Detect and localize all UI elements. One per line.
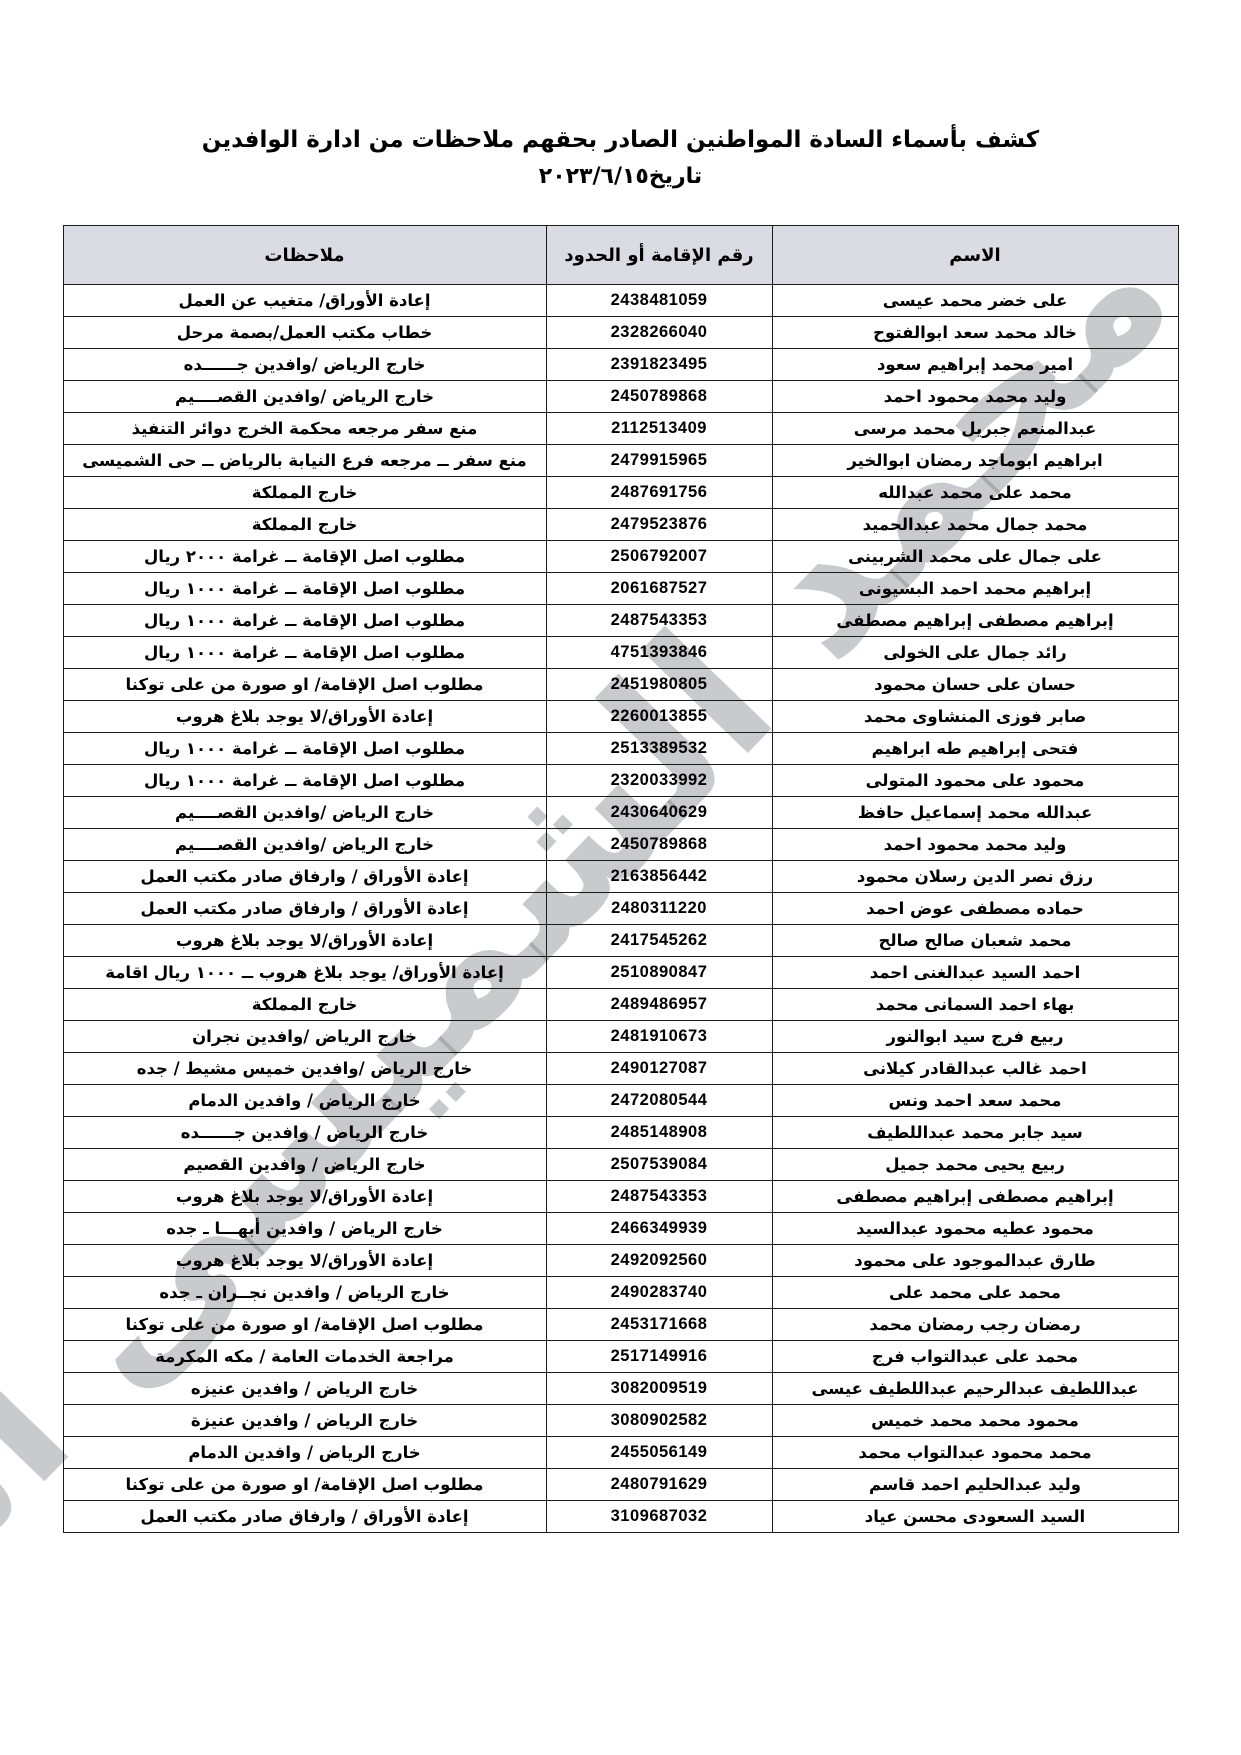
notes-cell: إعادة الأوراق / وارفاق صادر مكتب العمل [63, 1501, 546, 1533]
residence-number-cell: 2507539084 [546, 1149, 772, 1181]
name-cell: محمد على عبدالتواب فرج [772, 1341, 1178, 1373]
notes-cell: مطلوب اصل الإقامة ــ غرامة ١٠٠٠ ريال [63, 637, 546, 669]
residence-number-cell: 2513389532 [546, 733, 772, 765]
notes-cell: خارج الرياض / وافدين جــــــده [63, 1117, 546, 1149]
notes-cell: إعادة الأوراق/لا يوجد بلاغ هروب [63, 701, 546, 733]
table-row: رائد جمال على الخولى4751393846مطلوب اصل … [63, 637, 1178, 669]
notes-cell: خارج الرياض / وافدين عنيزه [63, 1373, 546, 1405]
notes-cell: خارج المملكة [63, 989, 546, 1021]
scanned-document-page: محمد الشميسى العمالى كشف بأسماء السادة ا… [0, 0, 1241, 1755]
notes-cell: مطلوب اصل الإقامة ــ غرامة ٢٠٠٠ ريال [63, 541, 546, 573]
name-cell: محمود عطيه محمود عبدالسيد [772, 1213, 1178, 1245]
notes-cell: إعادة الأوراق/لا يوجد بلاغ هروب [63, 1181, 546, 1213]
residence-number-cell: 3080902582 [546, 1405, 772, 1437]
table-row: محمود عطيه محمود عبدالسيد2466349939خارج … [63, 1213, 1178, 1245]
table-row: على جمال على محمد الشربينى2506792007مطلو… [63, 541, 1178, 573]
name-cell: عبدالله محمد إسماعيل حافظ [772, 797, 1178, 829]
table-row: وليد عبدالحليم احمد قاسم2480791629مطلوب … [63, 1469, 1178, 1501]
residence-number-cell: 2450789868 [546, 381, 772, 413]
notes-cell: خارج الرياض /وافدين جــــــده [63, 349, 546, 381]
name-cell: محمد على محمد عبدالله [772, 477, 1178, 509]
table-row: سيد جابر محمد عبداللطيف2485148908خارج ال… [63, 1117, 1178, 1149]
name-cell: إبراهيم مصطفى إبراهيم مصطفى [772, 1181, 1178, 1213]
notes-cell: منع سفر ــ مرجعه فرع النيابة بالرياض ــ … [63, 445, 546, 477]
table-row: احمد غالب عبدالقادر كيلانى2490127087خارج… [63, 1053, 1178, 1085]
residence-number-cell: 2430640629 [546, 797, 772, 829]
name-cell: إبراهيم مصطفى إبراهيم مصطفى [772, 605, 1178, 637]
table-row: إبراهيم مصطفى إبراهيم مصطفى2487543353إعا… [63, 1181, 1178, 1213]
residence-number-cell: 2481910673 [546, 1021, 772, 1053]
residence-number-cell: 3109687032 [546, 1501, 772, 1533]
table-row: محمود على محمود المتولى2320033992مطلوب ا… [63, 765, 1178, 797]
table-row: امير محمد إبراهيم سعود2391823495خارج الر… [63, 349, 1178, 381]
residence-number-cell: 2450789868 [546, 829, 772, 861]
residence-number-cell: 2328266040 [546, 317, 772, 349]
residence-number-cell: 2455056149 [546, 1437, 772, 1469]
table-row: السيد السعودى محسن عياد3109687032إعادة ا… [63, 1501, 1178, 1533]
name-cell: رمضان رجب رمضان محمد [772, 1309, 1178, 1341]
table-row: محمود محمد محمد خميس3080902582خارج الريا… [63, 1405, 1178, 1437]
name-cell: فتحى إبراهيم طه ابراهيم [772, 733, 1178, 765]
name-cell: إبراهيم محمد احمد البسيونى [772, 573, 1178, 605]
table-header-row: الاسم رقم الإقامة أو الحدود ملاحظات [63, 226, 1178, 285]
notes-cell: إعادة الأوراق / وارفاق صادر مكتب العمل [63, 893, 546, 925]
residence-number-cell: 2417545262 [546, 925, 772, 957]
residence-number-cell: 2485148908 [546, 1117, 772, 1149]
table-row: إبراهيم محمد احمد البسيونى2061687527مطلو… [63, 573, 1178, 605]
name-cell: السيد السعودى محسن عياد [772, 1501, 1178, 1533]
notes-cell: مطلوب اصل الإقامة/ او صورة من على توكنا [63, 669, 546, 701]
name-cell: سيد جابر محمد عبداللطيف [772, 1117, 1178, 1149]
name-cell: عبداللطيف عبدالرحيم عبداللطيف عيسى [772, 1373, 1178, 1405]
table-row: ربيع يحيى محمد جميل2507539084خارج الرياض… [63, 1149, 1178, 1181]
name-cell: حماده مصطفى عوض احمد [772, 893, 1178, 925]
name-cell: ربيع فرج سيد ابوالنور [772, 1021, 1178, 1053]
notes-cell: خارج المملكة [63, 509, 546, 541]
residence-number-cell: 2320033992 [546, 765, 772, 797]
table-row: عبدالمنعم جبريل محمد مرسى2112513409منع س… [63, 413, 1178, 445]
name-cell: محمد على محمد على [772, 1277, 1178, 1309]
notes-cell: خارج الرياض / وافدين الدمام [63, 1437, 546, 1469]
residence-number-cell: 2438481059 [546, 285, 772, 317]
table-row: فتحى إبراهيم طه ابراهيم2513389532مطلوب ا… [63, 733, 1178, 765]
name-cell: محمد شعبان صالح صالح [772, 925, 1178, 957]
table-row: محمد شعبان صالح صالح2417545262إعادة الأو… [63, 925, 1178, 957]
residence-number-cell: 2489486957 [546, 989, 772, 1021]
table-row: رزق نصر الدين رسلان محمود2163856442إعادة… [63, 861, 1178, 893]
table-row: خالد محمد سعد ابوالفتوح2328266040خطاب مك… [63, 317, 1178, 349]
name-cell: وليد عبدالحليم احمد قاسم [772, 1469, 1178, 1501]
notes-cell: خارج الرياض /وافدين القصــــيم [63, 381, 546, 413]
table-row: عبداللطيف عبدالرحيم عبداللطيف عيسى308200… [63, 1373, 1178, 1405]
document-date: تاريخ٢٠٢٣/٦/١٥ [70, 164, 1171, 189]
notes-cell: خارج الرياض /وافدين القصــــيم [63, 829, 546, 861]
table-body: على خضر محمد عيسى2438481059إعادة الأوراق… [63, 285, 1178, 1533]
residence-number-cell: 2112513409 [546, 413, 772, 445]
table-row: طارق عبدالموجود على محمود2492092560إعادة… [63, 1245, 1178, 1277]
notes-cell: خارج الرياض / وافدين أبهـــا ـ جده [63, 1213, 546, 1245]
notes-cell: خطاب مكتب العمل/بصمة مرحل [63, 317, 546, 349]
notes-cell: مطلوب اصل الإقامة ــ غرامة ١٠٠٠ ريال [63, 573, 546, 605]
name-cell: خالد محمد سعد ابوالفتوح [772, 317, 1178, 349]
residence-number-cell: 2466349939 [546, 1213, 772, 1245]
table-row: حماده مصطفى عوض احمد2480311220إعادة الأو… [63, 893, 1178, 925]
name-cell: على جمال على محمد الشربينى [772, 541, 1178, 573]
notes-cell: مراجعة الخدمات العامة / مكه المكرمة [63, 1341, 546, 1373]
residence-number-cell: 2453171668 [546, 1309, 772, 1341]
residence-number-cell: 2472080544 [546, 1085, 772, 1117]
notes-cell: مطلوب اصل الإقامة/ او صورة من على توكنا [63, 1469, 546, 1501]
residence-number-cell: 2490127087 [546, 1053, 772, 1085]
residence-number-cell: 2506792007 [546, 541, 772, 573]
notes-cell: خارج الرياض / وافدين نجــران ـ جده [63, 1277, 546, 1309]
name-cell: صابر فوزى المنشاوى محمد [772, 701, 1178, 733]
table-row: محمد على محمد على2490283740خارج الرياض /… [63, 1277, 1178, 1309]
table-row: حسان على حسان محمود2451980805مطلوب اصل ا… [63, 669, 1178, 701]
residence-number-cell: 2391823495 [546, 349, 772, 381]
notes-cell: خارج الرياض / وافدين الدمام [63, 1085, 546, 1117]
table-row: وليد محمد محمود احمد2450789868خارج الريا… [63, 829, 1178, 861]
name-cell: حسان على حسان محمود [772, 669, 1178, 701]
table-row: محمد على عبدالتواب فرج2517149916مراجعة ا… [63, 1341, 1178, 1373]
notes-cell: إعادة الأوراق/ متغيب عن العمل [63, 285, 546, 317]
residence-number-cell: 2487543353 [546, 605, 772, 637]
residence-number-cell: 2479915965 [546, 445, 772, 477]
name-cell: وليد محمد محمود احمد [772, 829, 1178, 861]
table-row: محمد جمال محمد عبدالحميد2479523876خارج ا… [63, 509, 1178, 541]
notes-cell: مطلوب اصل الإقامة ــ غرامة ١٠٠٠ ريال [63, 733, 546, 765]
notes-cell: إعادة الأوراق/ يوجد بلاغ هروب ــ ١٠٠٠ ري… [63, 957, 546, 989]
name-cell: عبدالمنعم جبريل محمد مرسى [772, 413, 1178, 445]
name-cell: طارق عبدالموجود على محمود [772, 1245, 1178, 1277]
table-row: عبدالله محمد إسماعيل حافظ2430640629خارج … [63, 797, 1178, 829]
notes-cell: خارج الرياض /وافدين نجران [63, 1021, 546, 1053]
name-cell: رزق نصر الدين رسلان محمود [772, 861, 1178, 893]
table-row: صابر فوزى المنشاوى محمد2260013855إعادة ا… [63, 701, 1178, 733]
name-cell: احمد غالب عبدالقادر كيلانى [772, 1053, 1178, 1085]
residence-number-cell: 2479523876 [546, 509, 772, 541]
name-cell: احمد السيد عبدالغنى احمد [772, 957, 1178, 989]
name-cell: امير محمد إبراهيم سعود [772, 349, 1178, 381]
table-row: محمد سعد احمد ونس2472080544خارج الرياض /… [63, 1085, 1178, 1117]
table-row: ربيع فرج سيد ابوالنور2481910673خارج الري… [63, 1021, 1178, 1053]
residence-number-cell: 2517149916 [546, 1341, 772, 1373]
notes-cell: إعادة الأوراق/لا يوجد بلاغ هروب [63, 925, 546, 957]
citizens-notices-table: الاسم رقم الإقامة أو الحدود ملاحظات على … [63, 225, 1179, 1533]
notes-cell: خارج الرياض /وافدين القصــــيم [63, 797, 546, 829]
name-cell: بهاء احمد السمانى محمد [772, 989, 1178, 1021]
name-cell: ابراهيم ابوماجد رمضان ابوالخير [772, 445, 1178, 477]
table-row: محمد محمود عبدالتواب محمد2455056149خارج … [63, 1437, 1178, 1469]
name-cell: محمد سعد احمد ونس [772, 1085, 1178, 1117]
table-row: ابراهيم ابوماجد رمضان ابوالخير2479915965… [63, 445, 1178, 477]
column-header-name: الاسم [772, 226, 1178, 285]
notes-cell: خارج الرياض /وافدين خميس مشيط / جده [63, 1053, 546, 1085]
residence-number-cell: 2480791629 [546, 1469, 772, 1501]
name-cell: محمد جمال محمد عبدالحميد [772, 509, 1178, 541]
residence-number-cell: 4751393846 [546, 637, 772, 669]
table-row: وليد محمد محمود احمد2450789868خارج الريا… [63, 381, 1178, 413]
notes-cell: إعادة الأوراق/لا يوجد بلاغ هروب [63, 1245, 546, 1277]
residence-number-cell: 2487691756 [546, 477, 772, 509]
name-cell: وليد محمد محمود احمد [772, 381, 1178, 413]
name-cell: على خضر محمد عيسى [772, 285, 1178, 317]
table-row: بهاء احمد السمانى محمد2489486957خارج الم… [63, 989, 1178, 1021]
name-cell: ربيع يحيى محمد جميل [772, 1149, 1178, 1181]
name-cell: محمد محمود عبدالتواب محمد [772, 1437, 1178, 1469]
notes-cell: خارج المملكة [63, 477, 546, 509]
name-cell: محمود محمد محمد خميس [772, 1405, 1178, 1437]
residence-number-cell: 2163856442 [546, 861, 772, 893]
table-row: احمد السيد عبدالغنى احمد2510890847إعادة … [63, 957, 1178, 989]
notes-cell: خارج الرياض / وافدين عنيزة [63, 1405, 546, 1437]
residence-number-cell: 2480311220 [546, 893, 772, 925]
column-header-residence-number: رقم الإقامة أو الحدود [546, 226, 772, 285]
notes-cell: منع سفر مرجعه محكمة الخرج دوائر التنفيذ [63, 413, 546, 445]
notes-cell: إعادة الأوراق / وارفاق صادر مكتب العمل [63, 861, 546, 893]
residence-number-cell: 2490283740 [546, 1277, 772, 1309]
residence-number-cell: 2451980805 [546, 669, 772, 701]
residence-number-cell: 2061687527 [546, 573, 772, 605]
table-row: رمضان رجب رمضان محمد2453171668مطلوب اصل … [63, 1309, 1178, 1341]
table-row: إبراهيم مصطفى إبراهيم مصطفى2487543353مطل… [63, 605, 1178, 637]
table-row: على خضر محمد عيسى2438481059إعادة الأوراق… [63, 285, 1178, 317]
residence-number-cell: 2487543353 [546, 1181, 772, 1213]
notes-cell: مطلوب اصل الإقامة ــ غرامة ١٠٠٠ ريال [63, 765, 546, 797]
notes-cell: خارج الرياض / وافدين القصيم [63, 1149, 546, 1181]
notes-cell: مطلوب اصل الإقامة ــ غرامة ١٠٠٠ ريال [63, 605, 546, 637]
name-cell: رائد جمال على الخولى [772, 637, 1178, 669]
residence-number-cell: 2492092560 [546, 1245, 772, 1277]
notes-cell: مطلوب اصل الإقامة/ او صورة من على توكنا [63, 1309, 546, 1341]
column-header-notes: ملاحظات [63, 226, 546, 285]
name-cell: محمود على محمود المتولى [772, 765, 1178, 797]
residence-number-cell: 3082009519 [546, 1373, 772, 1405]
residence-number-cell: 2260013855 [546, 701, 772, 733]
table-row: محمد على محمد عبدالله2487691756خارج المم… [63, 477, 1178, 509]
page-title: كشف بأسماء السادة المواطنين الصادر بحقهم… [70, 125, 1171, 156]
residence-number-cell: 2510890847 [546, 957, 772, 989]
